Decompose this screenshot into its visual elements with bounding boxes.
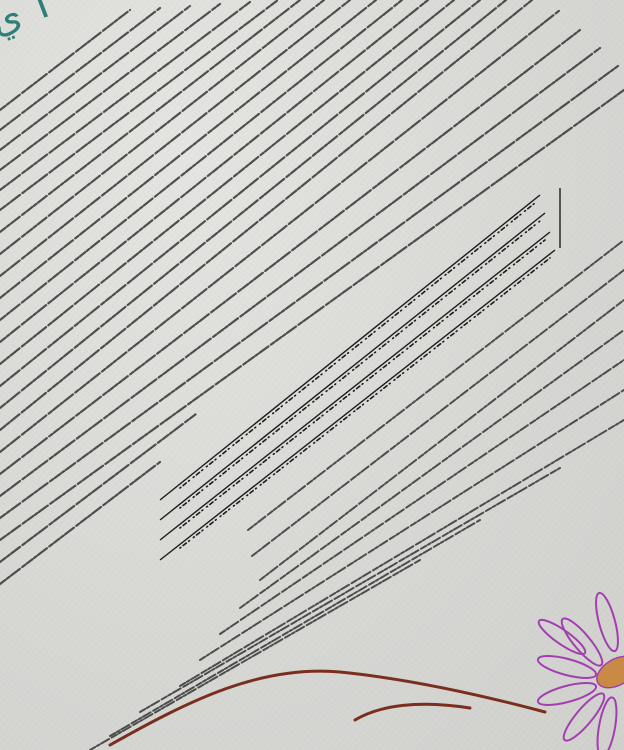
manuscript-photo: ٱ ي xyxy=(0,0,624,750)
flower xyxy=(535,591,624,750)
handwriting-strokes xyxy=(0,0,624,750)
flower-stem xyxy=(110,671,545,745)
